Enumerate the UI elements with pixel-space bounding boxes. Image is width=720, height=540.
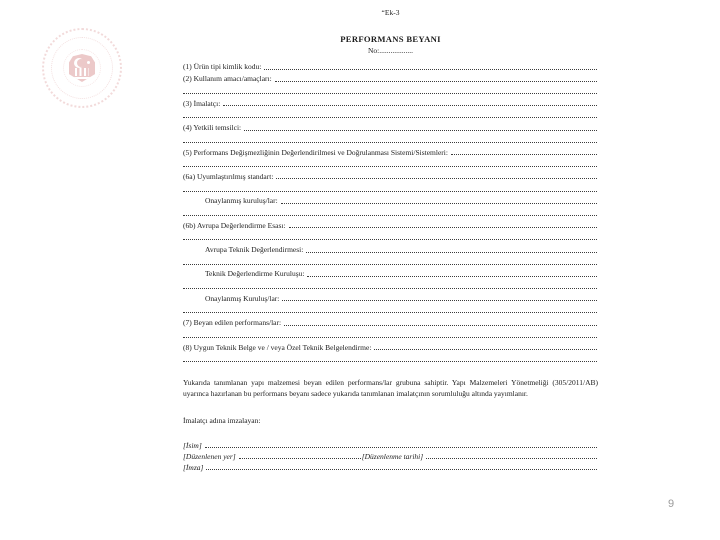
form-line-label: (4) Yetkili temsilci: [183,123,241,132]
form-line-continuation [183,327,598,339]
form-line-continuation [183,132,598,144]
form-line-continuation [183,230,598,242]
form-line: (3) İmalatçı: [183,96,598,108]
dotted-leader [374,349,597,350]
form-lines: (1) Ürün tipi kimlik kodu:(2) Kullanım a… [183,59,598,364]
annex-label: “Ek-3 [183,8,598,17]
dotted-leader [244,130,597,131]
dotted-leader [223,105,597,106]
dotted-leader [276,178,597,179]
dotted-leader [183,361,597,362]
page-number: 9 [668,498,674,510]
dotted-leader [284,325,597,326]
signature-sign-line: [İmza] [183,461,598,472]
signature-placeholder: [İmza] [183,463,203,472]
form-line-label: Avrupa Teknik Değerlendirmesi: [183,245,303,254]
form-line: Onaylanmış kuruluş/lar: [183,193,598,205]
dotted-leader [205,447,597,448]
form-line-label: Onaylanmış kuruluş/lar: [183,196,278,205]
signature-name-line: [İsim] [183,439,598,450]
dotted-leader [183,288,597,289]
dotted-leader [289,227,597,228]
dotted-leader [183,312,597,313]
dotted-leader [275,81,597,82]
date-placeholder: [Düzenlenme tarihi] [362,452,423,461]
dotted-leader [451,154,597,155]
dotted-leader [206,469,597,470]
form-line: Onaylanmış Kuruluş/lar: [183,291,598,303]
form-line-continuation [183,278,598,290]
form-line-label: (7) Beyan edilen performans/lar: [183,318,281,327]
form-line-continuation [183,108,598,120]
document-no: No:.................. [183,46,598,55]
crescent-icon [74,58,84,68]
signature-place-date-line: [Düzenlenen yer] [Düzenlenme tarihi] [183,450,598,461]
form-line-label: (3) İmalatçı: [183,99,220,108]
dotted-leader [281,203,597,204]
dotted-leader [282,300,597,301]
dotted-leader [183,93,597,94]
dotted-leader [183,166,597,167]
form-line: (4) Yetkili temsilci: [183,120,598,132]
dotted-leader [307,276,597,277]
form-line-continuation [183,181,598,193]
form-line-label: (2) Kullanım amacı/amaçları: [183,74,272,83]
dotted-leader [306,252,597,253]
declaration-paragraph: Yukarıda tanımlanan yapı malzemesi beyan… [183,377,598,400]
form-line-label: (6b) Avrupa Değerlendirme Esası: [183,221,286,230]
form-line: (7) Beyan edilen performans/lar: [183,315,598,327]
form-line: Teknik Değerlendirme Kuruluşu: [183,266,598,278]
place-placeholder: [Düzenlenen yer] [183,452,236,461]
form-line: (1) Ürün tipi kimlik kodu: [183,59,598,71]
form-line-label: (5) Performans Değişmezliğinin Değerlend… [183,148,448,157]
dotted-leader [183,142,597,143]
dotted-leader [183,191,597,192]
form-line-continuation [183,157,598,169]
dotted-leader [426,458,597,459]
form-line: (2) Kullanım amacı/amaçları: [183,71,598,83]
form-line-label: Teknik Değerlendirme Kuruluşu: [183,269,304,278]
signature-block: [İsim] [Düzenlenen yer] [Düzenlenme tari… [183,439,598,472]
form-line-label: (8) Uygun Teknik Belge ve / veya Özel Te… [183,343,371,352]
form-line-continuation [183,205,598,217]
form-line-continuation [183,83,598,95]
signatory-label: İmalatçı adına imzalayan: [183,416,598,425]
dotted-leader [239,458,361,459]
form-line-label: Onaylanmış Kuruluş/lar: [183,294,279,303]
columns-icon [75,68,89,76]
dotted-leader [183,239,597,240]
form-line-continuation [183,303,598,315]
form-line-continuation [183,352,598,364]
form-line: (6b) Avrupa Değerlendirme Esası: [183,217,598,229]
form-line: Avrupa Teknik Değerlendirmesi: [183,242,598,254]
form-line: (6a) Uyumlaştırılmış standart: [183,169,598,181]
form-line-label: (1) Ürün tipi kimlik kodu: [183,62,261,71]
star-icon [87,61,90,64]
dotted-leader [183,215,597,216]
dotted-leader [183,117,597,118]
name-placeholder: [İsim] [183,441,202,450]
dotted-leader [183,264,597,265]
ministry-seal-stamp [42,28,122,108]
document-page: “Ek-3 PERFORMANS BEYANI No:.............… [183,8,598,472]
document-title: PERFORMANS BEYANI [183,34,598,44]
form-line-label: (6a) Uyumlaştırılmış standart: [183,172,273,181]
dotted-leader [183,337,597,338]
form-line-continuation [183,254,598,266]
form-line: (5) Performans Değişmezliğinin Değerlend… [183,144,598,156]
form-line: (8) Uygun Teknik Belge ve / veya Özel Te… [183,339,598,351]
dotted-leader [264,69,597,70]
